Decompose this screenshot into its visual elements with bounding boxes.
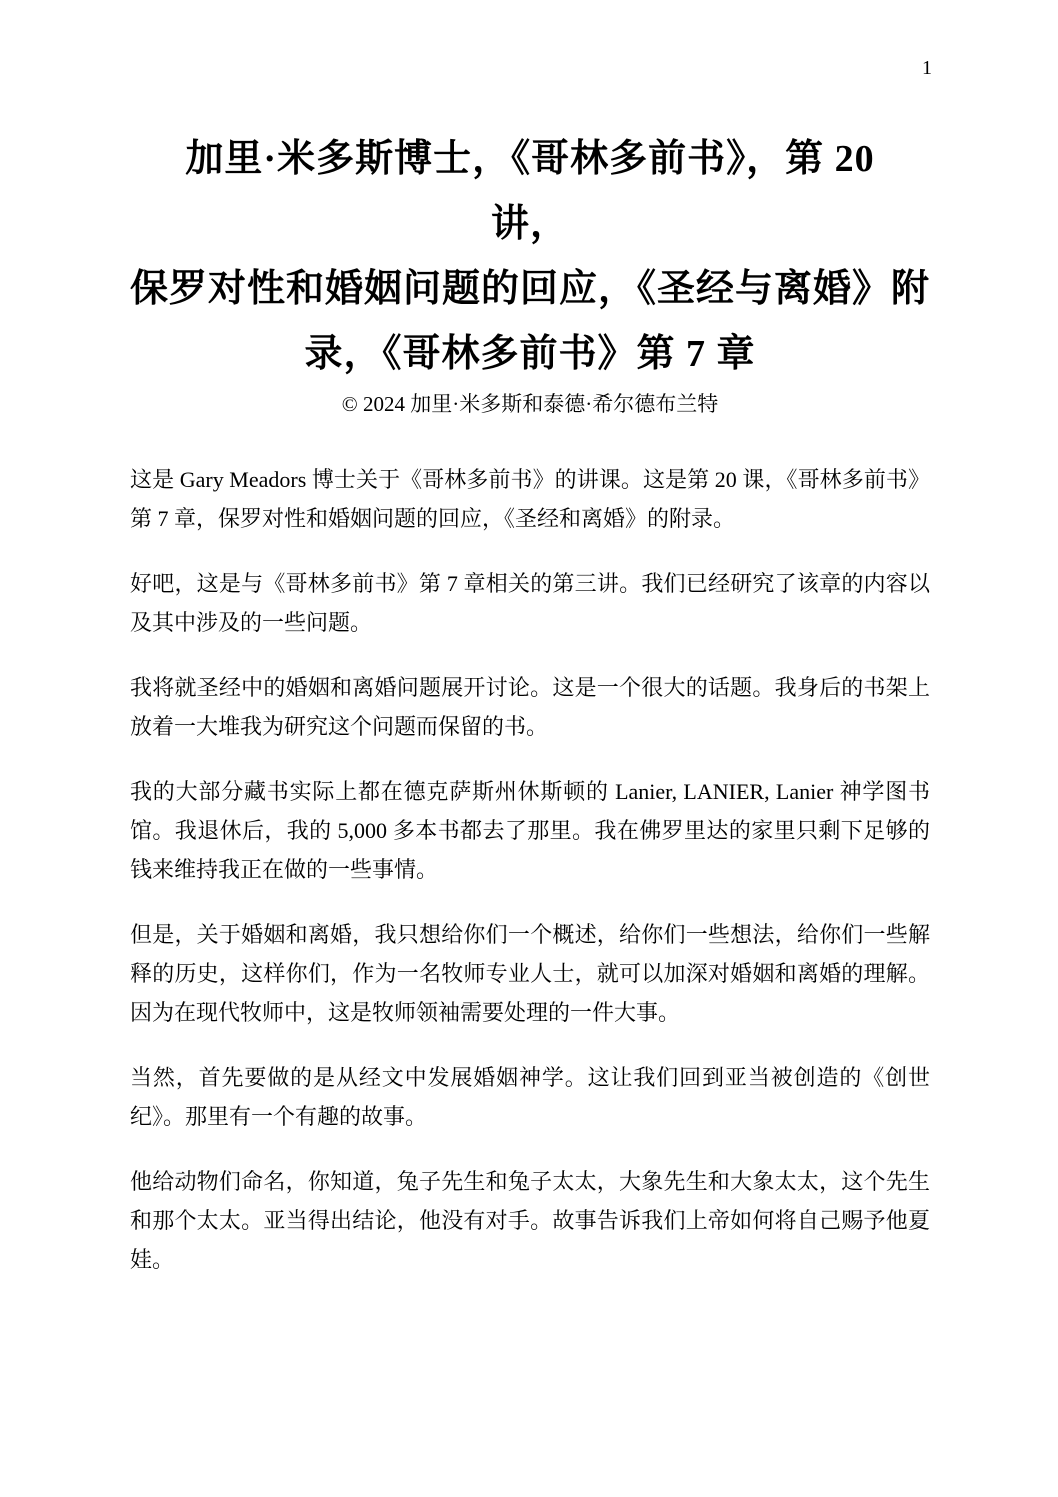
document-title: 加里·米多斯博士，《哥林多前书》，第 20 讲， 保罗对性和婚姻问题的回应，《圣… <box>130 127 930 387</box>
paragraph-3: 我将就圣经中的婚姻和离婚问题展开讨论。这是一个很大的话题。我身后的书架上放着一大… <box>130 668 930 746</box>
title-line-3: 保罗对性和婚姻问题的回应，《圣经与离婚》附 <box>130 257 930 322</box>
paragraph-1: 这是 Gary Meadors 博士关于《哥林多前书》的讲课。这是第 20 课，… <box>130 460 930 538</box>
title-line-4: 录，《哥林多前书》第 7 章 <box>130 322 930 387</box>
paragraph-2: 好吧，这是与《哥林多前书》第 7 章相关的第三讲。我们已经研究了该章的内容以及其… <box>130 564 930 642</box>
paragraph-4: 我的大部分藏书实际上都在德克萨斯州休斯顿的 Lanier, LANIER, La… <box>130 772 930 889</box>
title-line-1: 加里·米多斯博士，《哥林多前书》，第 20 <box>130 127 930 192</box>
document-page: 1 加里·米多斯博士，《哥林多前书》，第 20 讲， 保罗对性和婚姻问题的回应，… <box>0 0 1058 1497</box>
paragraph-5: 但是，关于婚姻和离婚，我只想给你们一个概述，给你们一些想法，给你们一些解释的历史… <box>130 915 930 1032</box>
page-number: 1 <box>922 56 932 80</box>
copyright-line: © 2024 加里·米多斯和泰德·希尔德布兰特 <box>130 389 930 419</box>
paragraph-6: 当然，首先要做的是从经文中发展婚姻神学。这让我们回到亚当被创造的《创世纪》。那里… <box>130 1058 930 1136</box>
paragraph-7: 他给动物们命名，你知道，兔子先生和兔子太太，大象先生和大象太太，这个先生和那个太… <box>130 1162 930 1279</box>
document-body: 这是 Gary Meadors 博士关于《哥林多前书》的讲课。这是第 20 课，… <box>130 460 930 1279</box>
title-line-2: 讲， <box>130 192 930 257</box>
